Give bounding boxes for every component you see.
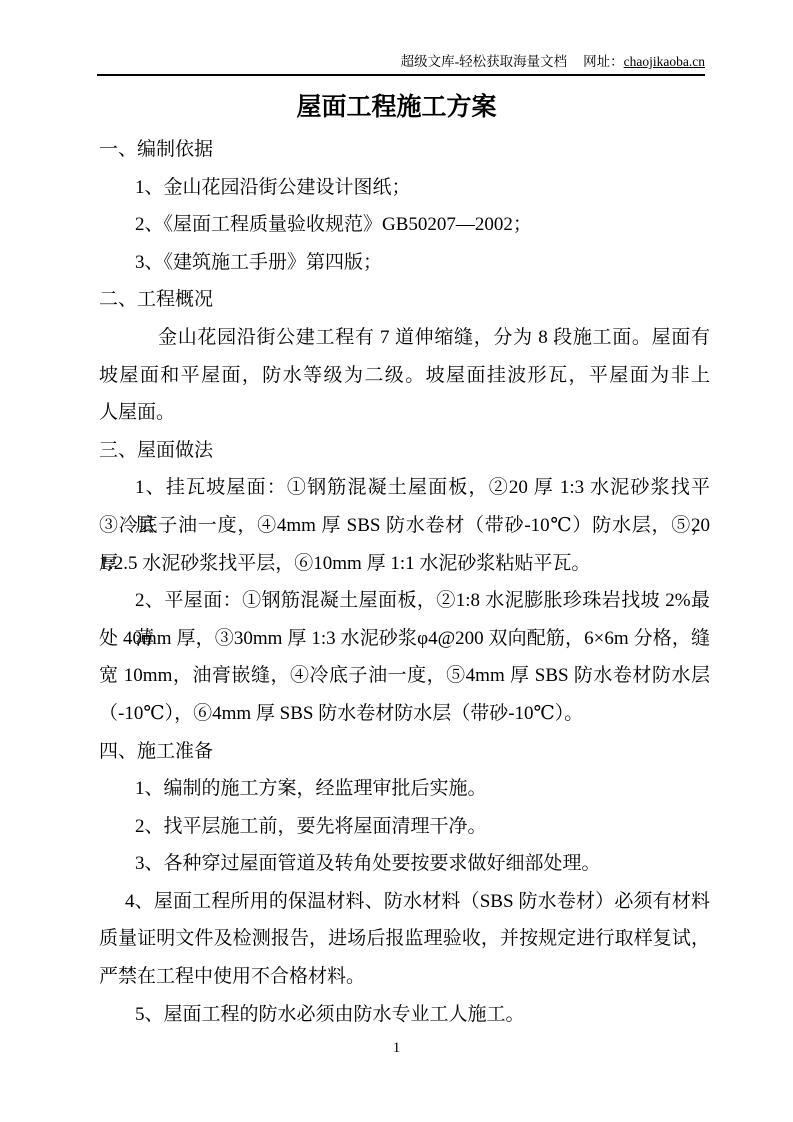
doc-line: 1、挂瓦坡屋面：①钢筋混凝土屋面板，②20 厚 1:3 水泥砂浆找平层， bbox=[99, 469, 710, 507]
page-number: 1 bbox=[0, 1038, 793, 1058]
doc-line: 1、编制的施工方案，经监理审批后实施。 bbox=[99, 770, 710, 808]
doc-line: 5、屋面工程的防水必须由防水专业工人施工。 bbox=[99, 996, 710, 1034]
header-url-label: 网址： bbox=[583, 54, 624, 69]
doc-line: 人屋面。 bbox=[99, 394, 710, 432]
document-body: 一、编制依据 1、金山花园沿街公建设计图纸； 2、《屋面工程质量验收规范》GB5… bbox=[99, 131, 710, 1033]
doc-line: 金山花园沿街公建工程有 7 道伸缩缝，分为 8 段施工面。屋面有 bbox=[99, 319, 710, 357]
header-site-text: 超级文库-轻松获取海量文档 bbox=[401, 54, 568, 69]
doc-line: 2、《屋面工程质量验收规范》GB50207—2002； bbox=[99, 206, 710, 244]
page-title: 屋面工程施工方案 bbox=[0, 91, 793, 125]
doc-line: 宽 10mm，油膏嵌缝，④冷底子油一度，⑤4mm 厚 SBS 防水卷材防水层 bbox=[99, 657, 710, 695]
doc-line: 严禁在工程中使用不合格材料。 bbox=[99, 958, 710, 996]
section-heading-4: 四、施工准备 bbox=[99, 733, 710, 771]
doc-line: 2、找平层施工前，要先将屋面清理干净。 bbox=[99, 808, 710, 846]
doc-line: 1:2.5 水泥砂浆找平层，⑥10mm 厚 1:1 水泥砂浆粘贴平瓦。 bbox=[99, 545, 710, 583]
doc-line: 坡屋面和平屋面，防水等级为二级。坡屋面挂波形瓦，平屋面为非上 bbox=[99, 357, 710, 395]
header-rule bbox=[97, 74, 705, 76]
doc-line: 1、金山花园沿街公建设计图纸； bbox=[99, 169, 710, 207]
doc-line: （-10℃），⑥4mm 厚 SBS 防水卷材防水层（带砂-10℃）。 bbox=[99, 695, 710, 733]
section-heading-1: 一、编制依据 bbox=[99, 131, 710, 169]
doc-line: ③冷底子油一度，④4mm 厚 SBS 防水卷材（带砂-10℃）防水层，⑤20 厚 bbox=[99, 507, 710, 545]
doc-line: 4、屋面工程所用的保温材料、防水材料（SBS 防水卷材）必须有材料 bbox=[99, 883, 710, 921]
doc-line: 质量证明文件及检测报告，进场后报监理验收，并按规定进行取样复试， bbox=[99, 920, 710, 958]
header-url-link[interactable]: chaojikaoba.cn bbox=[624, 54, 705, 69]
section-heading-3: 三、屋面做法 bbox=[99, 432, 710, 470]
doc-line: 3、各种穿过屋面管道及转角处要按要求做好细部处理。 bbox=[99, 845, 710, 883]
doc-line: 处 40mm 厚，③30mm 厚 1:3 水泥砂浆φ4@200 双向配筋，6×6… bbox=[99, 620, 710, 658]
section-heading-2: 二、工程概况 bbox=[99, 281, 710, 319]
page-header: 超级文库-轻松获取海量文档网址：chaojikaoba.cn bbox=[97, 50, 705, 70]
doc-line: 3、《建筑施工手册》第四版； bbox=[99, 244, 710, 282]
doc-line: 2、平屋面：①钢筋混凝土屋面板，②1:8 水泥膨胀珍珠岩找坡 2%最薄 bbox=[99, 582, 710, 620]
